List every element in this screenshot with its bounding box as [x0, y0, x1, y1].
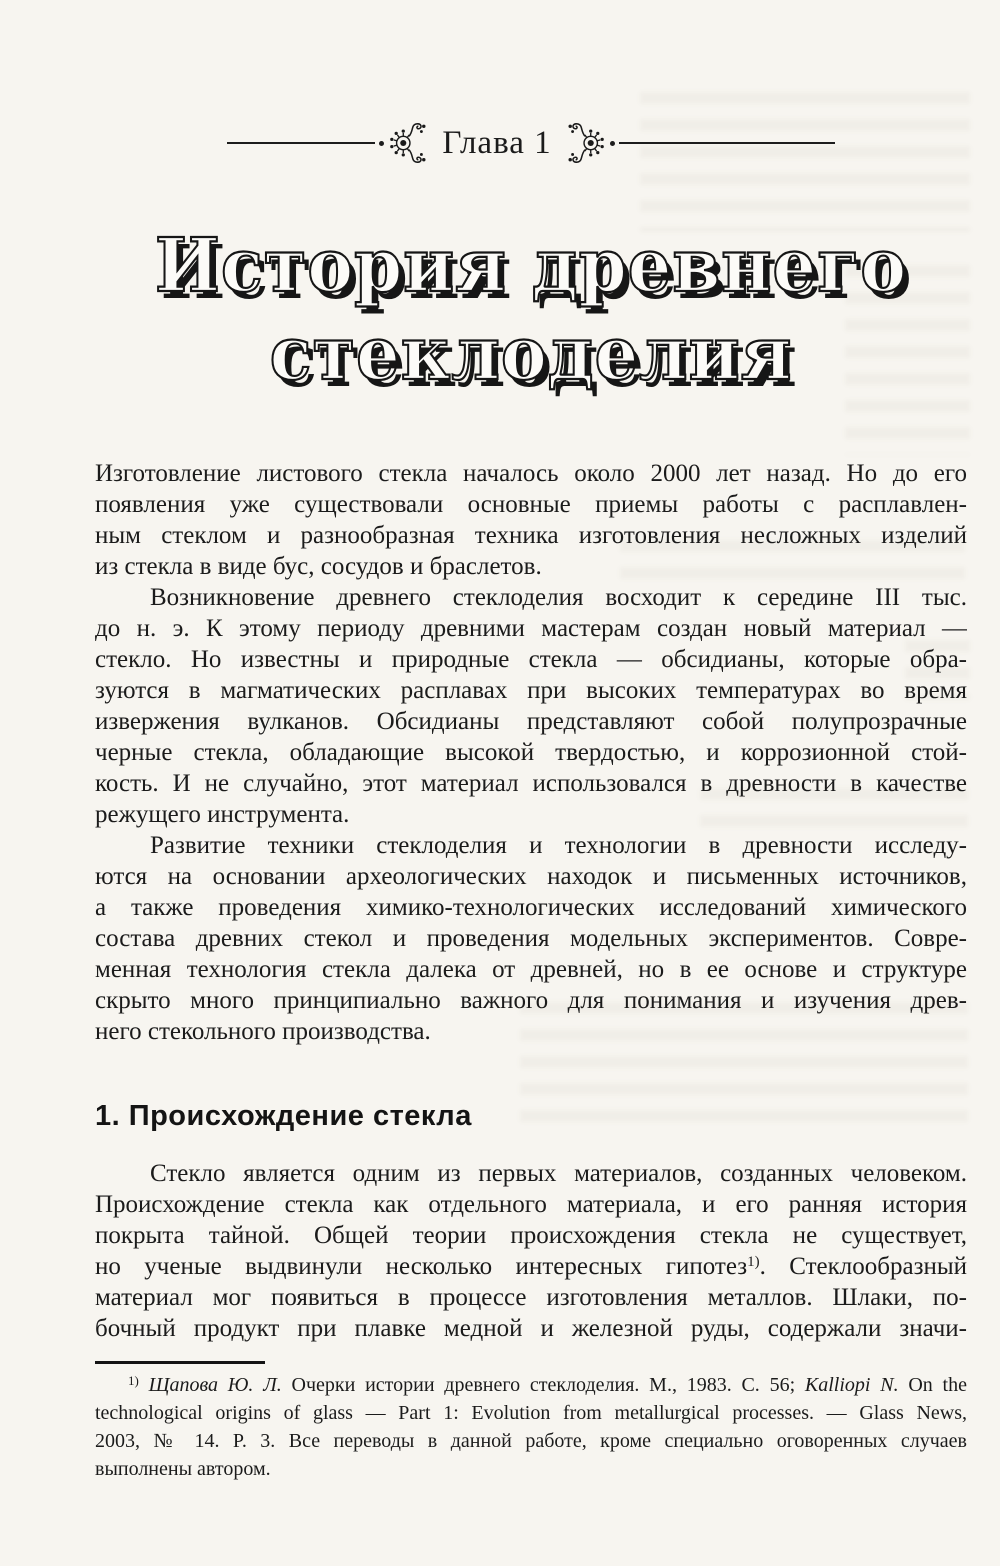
body-text-block: Стекло является одним из первых материал… — [95, 1158, 967, 1344]
text-line: 2003, № 14. P. 3. Все переводы в данной … — [95, 1427, 967, 1455]
chapter-title-line: стеклоделия — [126, 310, 937, 398]
paragraph: Развитие техники стеклоделия и технологи… — [95, 830, 967, 1047]
text-line: до н. э. К этому периоду древними мастер… — [95, 613, 967, 644]
text-line: а также проведения химико-технологически… — [95, 892, 967, 923]
text-line: но ученые выдвинули несколько интересных… — [95, 1251, 967, 1282]
text-line: черные стекла, обладающие высокой твердо… — [95, 737, 967, 768]
paragraph: Стекло является одним из первых материал… — [95, 1158, 967, 1344]
floral-ornament-icon — [388, 119, 430, 167]
text-line: Развитие техники стеклоделия и технологи… — [95, 830, 967, 861]
text-line: материал мог появиться в процессе изгото… — [95, 1282, 967, 1313]
text-line: скрыто много принципиально важного для п… — [95, 985, 967, 1016]
paragraph: Возникновение древнего стеклоделия восхо… — [95, 582, 967, 830]
text-line: режущего инструмента. — [95, 799, 967, 830]
text-line: Происхождение стекла как отдельного мате… — [95, 1189, 967, 1220]
text-line: стекло. Но известны и природные стекла —… — [95, 644, 967, 675]
chapter-title-line: История древнего — [126, 222, 937, 310]
paragraph: Изготовление листового стекла началось о… — [95, 458, 967, 582]
chapter-title: История древнего стеклоделия — [95, 222, 967, 398]
footnote: 1) Щапова Ю. Л. Очерки истории древнего … — [95, 1371, 967, 1483]
header-rule-left — [227, 142, 375, 144]
text-line: него стекольного производства. — [95, 1016, 967, 1047]
text-line: извержения вулканов. Обсидианы представл… — [95, 706, 967, 737]
text-line: Изготовление листового стекла началось о… — [95, 458, 967, 489]
text-line: появления уже существовали основные прие… — [95, 489, 967, 520]
text-line: покрыта тайной. Общей теории происхожден… — [95, 1220, 967, 1251]
text-line: кость. И не случайно, этот материал испо… — [95, 768, 967, 799]
text-line: зуются в магматических расплавах при выс… — [95, 675, 967, 706]
header-dot-left — [379, 141, 384, 146]
text-line: из стекла в виде бус, сосудов и браслето… — [95, 551, 967, 582]
text-line: бочный продукт при плавке медной и желез… — [95, 1313, 967, 1344]
text-line: 1) Щапова Ю. Л. Очерки истории древнего … — [95, 1371, 967, 1399]
text-line: выполнены автором. — [95, 1455, 967, 1483]
text-line: ются на основании археологических находо… — [95, 861, 967, 892]
header-rule-right — [619, 142, 835, 144]
header-dot-right — [610, 141, 615, 146]
book-page-scan: Глава 1 — [0, 0, 1000, 1566]
section-heading: 1. Происхождение стекла — [95, 1100, 967, 1133]
text-line: Стекло является одним из первых материал… — [95, 1158, 967, 1189]
floral-ornament-icon — [564, 119, 606, 167]
text-line: Возникновение древнего стеклоделия восхо… — [95, 582, 967, 613]
chapter-label: Глава 1 — [430, 119, 563, 167]
chapter-header: Глава 1 — [95, 118, 967, 168]
text-line: состава древних стекол и проведения моде… — [95, 923, 967, 954]
text-line: ным стеклом и разнообразная техника изго… — [95, 520, 967, 551]
body-text-block: Изготовление листового стекла началось о… — [95, 458, 967, 1047]
text-line: менная технология стекла далека от древн… — [95, 954, 967, 985]
footnote-separator — [95, 1361, 265, 1364]
text-line: technological origins of glass — Part 1:… — [95, 1399, 967, 1427]
